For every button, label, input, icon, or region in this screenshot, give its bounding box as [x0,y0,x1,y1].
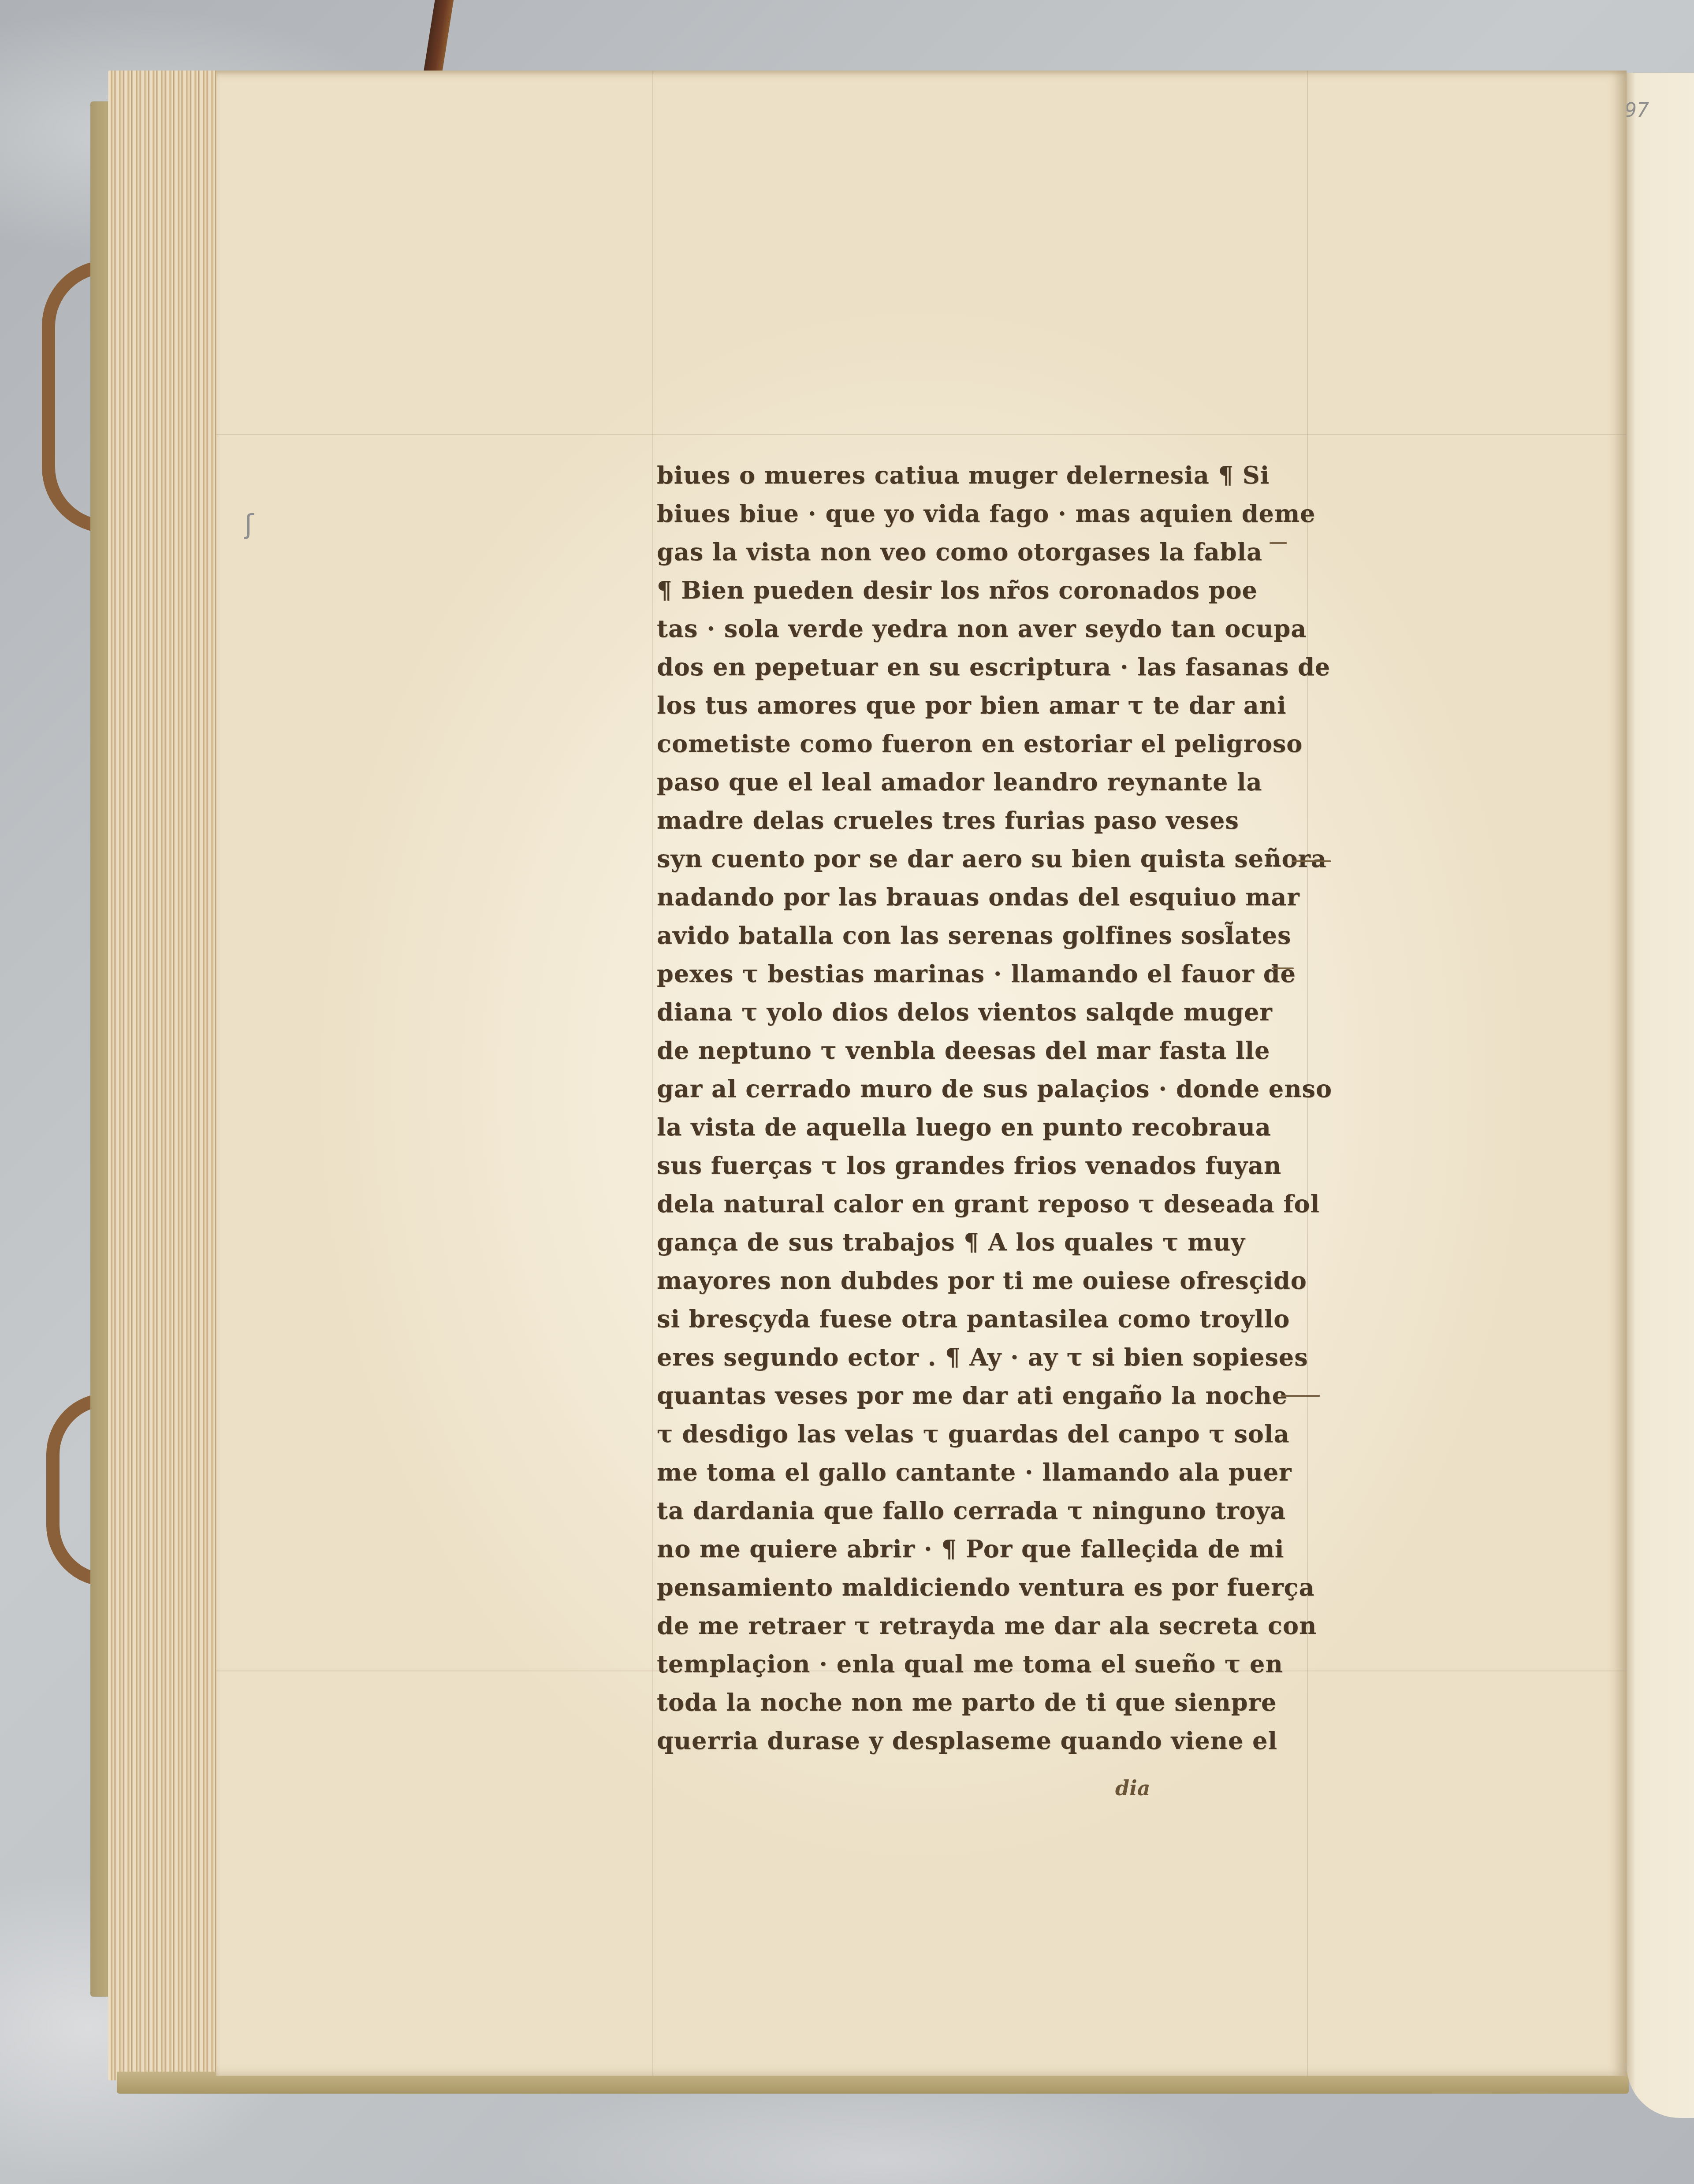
text-line: nadando por las brauas ondas del esquiuo… [657,878,1283,916]
ruling-line-left [652,71,653,2076]
text-line: si bresçyda fuese otra pantasilea como t… [657,1300,1283,1338]
text-line: diana τ yolo dios delos vientos salqde m… [657,993,1283,1031]
text-line: τ desdigo las velas τ guardas del canpo … [657,1415,1283,1453]
text-line: cometiste como fueron en estoriar el pel… [657,725,1283,763]
text-line: no me quiere abrir · ¶ Por que falleçida… [657,1530,1283,1568]
text-line: pexes τ bestias marinas · llamando el fa… [657,955,1283,993]
text-line: templaçion · enla qual me toma el sueño … [657,1645,1283,1683]
next-page-sliver [1627,73,1694,2118]
text-line: querria durase y desplaseme quando viene… [657,1722,1283,1760]
text-line: dela natural calor en grant reposo τ des… [657,1185,1283,1223]
text-line: ¶ Bien pueden desir los nr̃os coronados … [657,571,1283,610]
text-line: madre delas crueles tres furias paso ves… [657,801,1283,840]
text-line: toda la noche non me parto de ti que sie… [657,1683,1283,1722]
text-column: biues o mueres catiua muger delernesia ¶… [657,456,1283,1760]
text-line: dos en pepetuar en su escriptura · las f… [657,648,1283,686]
ruling-line-right [1307,71,1308,2076]
line-filler-stroke [1270,542,1287,544]
text-line: mayores non dubdes por ti me ouiese ofre… [657,1261,1283,1300]
text-line: syn cuento por se dar aero su bien quist… [657,840,1283,878]
text-line: gas la vista non veo como otorgases la f… [657,533,1283,571]
text-line: paso que el leal amador leandro reynante… [657,763,1283,801]
text-line: la vista de aquella luego en punto recob… [657,1108,1283,1146]
text-line: de me retraer τ retrayda me dar ala secr… [657,1607,1283,1645]
text-line: eres segundo ector . ¶ Ay · ay τ si bien… [657,1338,1283,1377]
text-line: me toma el gallo cantante · llamando ala… [657,1453,1283,1492]
text-line: los tus amores que por bien amar τ te da… [657,686,1283,725]
text-line: ta dardania que fallo cerrada τ ninguno … [657,1492,1283,1530]
text-line: gar al cerrado muro de sus palaçios · do… [657,1070,1283,1108]
text-line: biues o mueres catiua muger delernesia ¶… [657,456,1283,495]
margin-pencil-mark: ʃ [245,509,253,540]
text-line: gança de sus trabajos ¶ A los quales τ m… [657,1223,1283,1261]
text-line: avido batalla con las serenas golfines s… [657,916,1283,955]
text-line: tas · sola verde yedra non aver seydo ta… [657,610,1283,648]
text-line: sus fuerças τ los grandes frios venados … [657,1146,1283,1185]
line-filler-stroke [1272,967,1294,969]
text-line: biues biue · que yo vida fago · mas aqui… [657,495,1283,533]
line-filler-stroke [1292,860,1331,862]
folio-number: 97 [1624,99,1649,122]
line-filler-stroke [1281,1395,1320,1397]
ruling-line-top [216,434,1627,435]
catchword: dia [1115,1776,1150,1800]
text-line: quantas veses por me dar ati engaño la n… [657,1377,1283,1415]
text-line: pensamiento maldiciendo ventura es por f… [657,1568,1283,1607]
page-fore-edges [108,71,223,2080]
bookmark-ribbon [423,0,454,76]
text-line: de neptuno τ venbla deesas del mar fasta… [657,1031,1283,1070]
